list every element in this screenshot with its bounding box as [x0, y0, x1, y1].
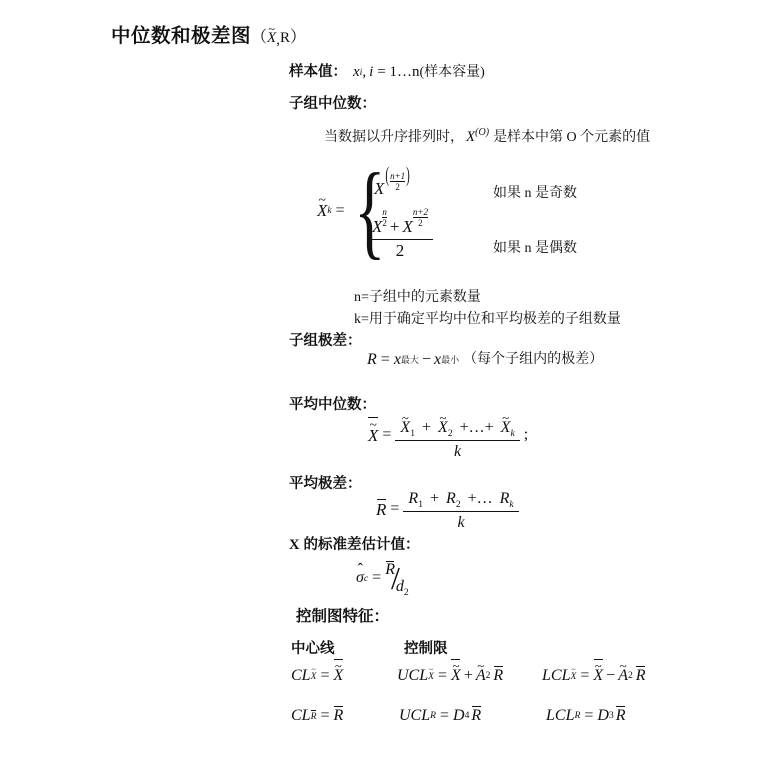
- math-x-base: X: [402, 217, 412, 237]
- even-fraction: Xn2 + Xn+22 2: [367, 207, 433, 261]
- exp-num: n+2: [413, 207, 428, 217]
- math-lcl: LCL: [546, 707, 574, 725]
- math-minus: −: [606, 667, 615, 685]
- sub-3: 3: [609, 711, 614, 721]
- sub-2: 2: [404, 587, 409, 598]
- math-d: d: [396, 578, 404, 595]
- math-x-base: X: [372, 217, 382, 237]
- condition-odd: 如果 n 是奇数: [493, 182, 577, 202]
- math-rbar: R: [333, 707, 343, 725]
- math-x-min: x: [434, 351, 441, 369]
- math-x-order: X: [466, 129, 475, 146]
- even-denominator: 2: [367, 239, 433, 261]
- math-xbar-tilde: X: [368, 426, 378, 446]
- lcl-median-formula: LCLX = X − A2 R: [542, 667, 646, 685]
- avg-range-numerator: R1 + R2 +… Rk: [403, 487, 518, 511]
- math-equals: =: [584, 707, 593, 725]
- subgroup-range-formula: R = x最大 − x最小 （每个子组内的极差）: [367, 351, 603, 369]
- sub-2: 2: [448, 428, 453, 439]
- ucl-range-formula: UCLR = D4 R: [399, 707, 481, 725]
- math-equals: =: [372, 569, 381, 587]
- math-x: x: [353, 64, 360, 81]
- case-odd-expression: X (n+12): [374, 175, 411, 202]
- even-numerator: Xn2 + Xn+22: [367, 207, 433, 239]
- math-a2-tilde: A: [476, 667, 486, 685]
- math-rbar: R: [385, 561, 395, 579]
- desc-post: 是样本中第 O 个元素的值: [493, 130, 650, 146]
- math-r2: R: [446, 490, 456, 507]
- average-range-heading: 平均极差：: [289, 472, 362, 493]
- exp-fraction: n2: [382, 207, 387, 229]
- title-paren-close: ）: [290, 29, 306, 46]
- math-dots: +…: [468, 490, 493, 507]
- sub-c: c: [364, 574, 368, 584]
- exponent-group: (n+12): [384, 166, 410, 193]
- math-minus: −: [422, 351, 431, 369]
- math-equals: =: [320, 667, 329, 685]
- math-xbar-tilde: X: [593, 667, 603, 685]
- math-xbar-tilde: X: [333, 667, 343, 685]
- exp-fraction: n+12: [390, 171, 405, 193]
- math-equals: =: [336, 202, 345, 220]
- range-note: （每个子组内的极差）: [463, 352, 603, 368]
- math-rbar: R: [636, 667, 646, 685]
- math-plus: +: [390, 217, 400, 237]
- sample-capacity-note: (样本容量): [419, 65, 484, 81]
- case-even-expression: Xn2 + Xn+22 2: [367, 207, 433, 261]
- math-a2-tilde: A: [618, 667, 628, 685]
- control-limits-header: 控制限: [404, 637, 448, 658]
- sub-2: 2: [486, 671, 491, 681]
- math-d3: D: [597, 707, 609, 725]
- average-median-formula: X = X1 + X2 +…+ Xk k ;: [368, 410, 528, 461]
- title-x-tilde: X: [267, 30, 276, 47]
- math-ucl: UCL: [399, 707, 430, 725]
- avg-range-fraction: R1 + R2 +… Rk k: [403, 487, 518, 532]
- math-equals: =: [390, 500, 399, 518]
- control-chart-features-heading: 控制图特征：: [296, 604, 389, 626]
- math-x-max: x: [394, 351, 401, 369]
- math-equals: =: [381, 351, 390, 369]
- title-comma: ,: [276, 32, 280, 48]
- subgroup-range-heading: 子组极差：: [289, 329, 362, 350]
- math-rbar: R: [616, 707, 626, 725]
- stddev-x: X: [289, 537, 299, 554]
- sample-value-line: 样本值： xi, i = 1…n (样本容量): [289, 64, 485, 81]
- center-line-header: 中心线: [291, 637, 335, 658]
- math-cl: CL: [291, 707, 311, 725]
- sub-x-tilde: X: [428, 671, 434, 682]
- math-i: i: [369, 64, 373, 81]
- math-ucl: UCL: [397, 667, 428, 685]
- math-comma: ,: [362, 64, 366, 81]
- avg-median-numerator: X1 + X2 +…+ Xk: [395, 410, 519, 440]
- math-eq-range: = 1…n: [377, 64, 419, 81]
- sub-2: 2: [456, 499, 461, 510]
- slanted-numerator: R: [385, 561, 395, 579]
- sub-r: R: [430, 711, 436, 721]
- math-x-tilde-2: X: [438, 419, 448, 437]
- sub-k: k: [509, 499, 513, 510]
- sub-2: 2: [628, 671, 633, 681]
- sub-max: 最大: [401, 356, 419, 365]
- sub-r: R: [574, 711, 580, 721]
- math-cl: CL: [291, 667, 311, 685]
- math-equals: =: [438, 667, 447, 685]
- exp-den: 2: [413, 217, 428, 228]
- piecewise-median-formula: Xk = { X (n+12) 如果 n 是奇数 Xn2 + Xn+22 2 如…: [317, 163, 677, 275]
- stddev-formula: σc = R / d2: [356, 560, 409, 597]
- math-plus: +: [422, 419, 431, 436]
- cl-range-formula: CLR = R: [291, 707, 343, 725]
- cl-median-formula: CLX = X: [291, 667, 343, 685]
- math-dots: +…+: [460, 419, 494, 436]
- sub-rbar: R: [311, 711, 317, 722]
- title-line: 中位数和极差图（X,R）: [111, 20, 306, 48]
- exp-paren-open: (: [385, 164, 389, 188]
- piecewise-lhs: Xk =: [317, 201, 349, 221]
- math-equals: =: [320, 707, 329, 725]
- stddev-label: 的标准差估计值：: [303, 537, 419, 554]
- exp-num: n+1: [390, 171, 405, 181]
- math-rk: R: [500, 490, 510, 507]
- math-equals: =: [382, 426, 391, 444]
- exp-num: n: [382, 207, 387, 217]
- math-lcl: LCL: [542, 667, 570, 685]
- ucl-median-formula: UCLX = X + A2 R: [397, 667, 503, 685]
- exp-fraction: n+22: [413, 207, 428, 229]
- math-sigma-hat: σ: [356, 569, 364, 587]
- math-r1: R: [408, 490, 418, 507]
- math-d4: D: [453, 707, 465, 725]
- slanted-denominator: d2: [396, 578, 409, 598]
- average-range-formula: R = R1 + R2 +… Rk k: [376, 487, 519, 532]
- avg-median-denominator: k: [395, 440, 519, 461]
- sub-x-tilde: X: [311, 671, 317, 682]
- document-page: 中位数和极差图（X,R） 样本值： xi, i = 1…n (样本容量) 子组中…: [0, 0, 775, 764]
- math-x-tilde-1: X: [400, 419, 410, 437]
- math-x-tilde-k: X: [501, 419, 511, 437]
- math-equals: =: [440, 707, 449, 725]
- exp-den: 2: [390, 181, 405, 192]
- math-semicolon: ;: [524, 426, 528, 444]
- math-equals: =: [580, 667, 589, 685]
- subgroup-median-heading: 子组中位数：: [289, 92, 376, 113]
- sub-1: 1: [410, 428, 415, 439]
- math-plus: +: [464, 667, 473, 685]
- math-sub-k: k: [327, 206, 331, 216]
- sub-1: 1: [418, 499, 423, 510]
- definition-n: n=子组中的元素数量: [354, 286, 481, 306]
- sample-value-label: 样本值：: [289, 64, 347, 81]
- exponent-group: n+22: [413, 200, 428, 229]
- avg-median-fraction: X1 + X2 +…+ Xk k: [395, 410, 519, 461]
- sub-x-tilde: X: [570, 671, 576, 682]
- math-rbar: R: [376, 500, 386, 520]
- sub-min: 最小: [441, 356, 459, 365]
- avg-range-denominator: k: [403, 511, 518, 532]
- definition-k: k=用于确定平均中位和平均极差的子组数量: [354, 308, 621, 328]
- math-plus: +: [430, 490, 439, 507]
- title-paren-open: （: [251, 29, 267, 46]
- math-rbar: R: [493, 667, 503, 685]
- title-r: R: [280, 30, 290, 46]
- ascending-order-description: 当数据以升序排列时， X(O) 是样本中第 O 个元素的值: [324, 129, 650, 146]
- stddev-heading: X 的标准差估计值：: [289, 537, 419, 554]
- slanted-fraction: R / d2: [385, 560, 408, 597]
- math-x-tilde: X: [317, 201, 327, 221]
- average-median-heading: 平均中位数：: [289, 393, 376, 414]
- exp-paren-close: ): [406, 164, 410, 188]
- math-r: R: [367, 351, 377, 369]
- page-title: 中位数和极差图: [111, 25, 251, 47]
- math-xbar-tilde: X: [451, 667, 461, 685]
- desc-pre: 当数据以升序排列时，: [324, 130, 464, 146]
- sub-k: k: [510, 428, 514, 439]
- lcl-range-formula: LCLR = D3 R: [546, 707, 626, 725]
- math-sup-o: (O): [475, 127, 489, 139]
- condition-even: 如果 n 是偶数: [493, 237, 577, 257]
- math-x-base: X: [374, 179, 384, 199]
- exponent-group: n2: [382, 200, 387, 229]
- sub-4: 4: [465, 711, 470, 721]
- exp-den: 2: [382, 217, 387, 228]
- math-rbar: R: [471, 707, 481, 725]
